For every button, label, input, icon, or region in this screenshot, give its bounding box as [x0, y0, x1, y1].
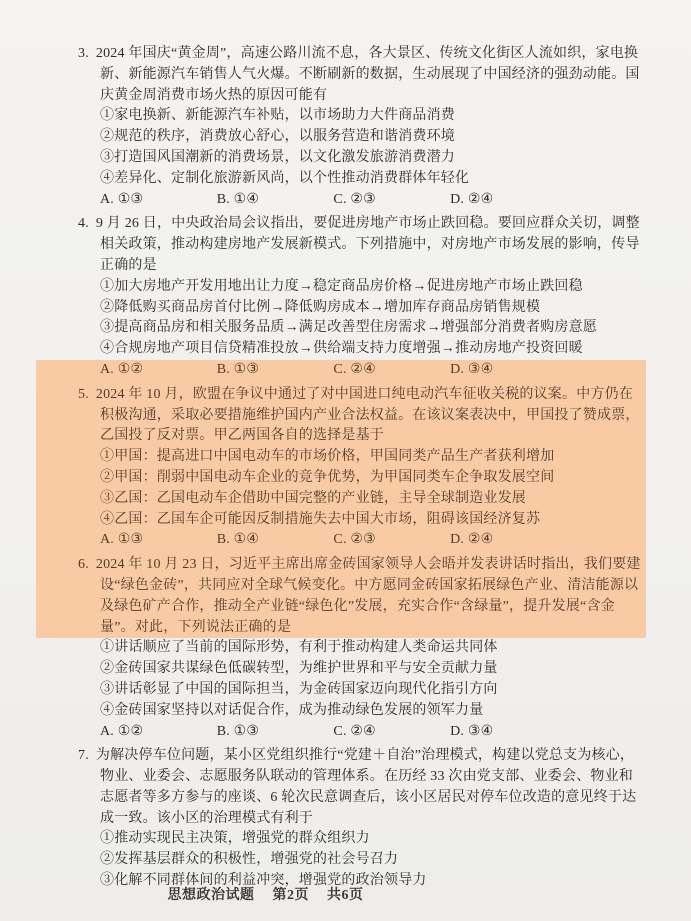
question-7: 7.为解决停车位问题，某小区党组织推行“党建＋自治”治理模式，构建以党总支为核心… [78, 746, 646, 892]
question-6-choice-d: D. ③④ [450, 722, 493, 743]
question-5-number: 5. [78, 387, 89, 402]
question-6-choice-b: B. ①③ [217, 722, 330, 743]
footer-page-number: 第2页 [273, 888, 310, 903]
question-6-choices: A. ①② B. ①③ C. ②④ D. ③④ [78, 722, 646, 743]
question-4-choice-a: A. ①② [100, 360, 213, 381]
question-6-choice-a: A. ①② [100, 722, 213, 743]
question-4-stem-row: 4.9 月 26 日，中央政治局会议指出，要促进房地产市场止跌回稳。要回应群众关… [78, 214, 646, 276]
question-4-option-2: ②降低购买商品房首付比例→降低购房成本→增加库存商品房销售规模 [78, 298, 646, 319]
question-5-stem: 2024 年 10 月，欧盟在争议中通过了对中国进口纯电动汽车征收关税的议案。中… [96, 387, 640, 444]
question-4-choices: A. ①② B. ①③ C. ②④ D. ③④ [36, 360, 646, 381]
question-3-choice-d: D. ②④ [450, 190, 493, 211]
question-5-choice-c: C. ②③ [333, 530, 446, 551]
question-7-option-1: ①推动实现民主决策，增强党的群众组织力 [78, 829, 646, 850]
question-7-stem: 为解决停车位问题，某小区党组织推行“党建＋自治”治理模式，构建以党总支为核心，物… [96, 748, 636, 825]
question-7-option-2: ②发挥基层群众的积极性，增强党的社会号召力 [78, 850, 646, 871]
question-6-stem-row: 6.2024 年 10 月 23 日，习近平主席出席金砖国家领导人会晤并发表讲话… [36, 551, 646, 638]
question-5: 5.2024 年 10 月，欧盟在争议中通过了对中国进口纯电动汽车征收关税的议案… [78, 381, 646, 551]
question-7-stem-row: 7.为解决停车位问题，某小区党组织推行“党建＋自治”治理模式，构建以党总支为核心… [78, 746, 646, 829]
question-3-option-4: ④差异化、定制化旅游新风尚，以个性推动消费群体年轻化 [78, 169, 646, 190]
question-4-number: 4. [78, 216, 89, 231]
question-3-option-2: ②规范的秩序，消费放心舒心，以服务营造和谐消费环境 [78, 127, 646, 148]
question-3: 3.2024 年国庆“黄金周”，高速公路川流不息，各大景区、传统文化街区人流如织… [78, 44, 646, 210]
question-6-option-1: ①讲话顺应了当前的国际形势，有利于推动构建人类命运共同体 [78, 638, 646, 659]
page-footer: 思想政治试题第2页共6页 [0, 884, 611, 904]
question-5-choices: A. ①③ B. ①④ C. ②③ D. ②④ [36, 530, 646, 551]
question-5-choice-d: D. ②④ [450, 530, 493, 551]
question-6-option-4: ④金砖国家坚持以对话促合作，成为推动绿色发展的领军力量 [78, 701, 646, 722]
question-4-option-3: ③提高商品房和相关服务品质→满足改善型住房需求→增强部分消费者购房意愿 [78, 318, 646, 339]
question-6-number: 6. [78, 557, 89, 572]
question-4-choice-b: B. ①③ [217, 360, 330, 381]
question-5-choice-b: B. ①④ [217, 530, 330, 551]
question-6-option-3: ③讲话彰显了中国的国际担当，为金砖国家迈向现代化指引方向 [78, 680, 646, 701]
question-3-stem: 2024 年国庆“黄金周”，高速公路川流不息，各大景区、传统文化街区人流如织，家… [96, 46, 640, 103]
question-3-option-3: ③打造国风国潮新的消费场景，以文化激发旅游消费潜力 [78, 148, 646, 169]
question-4-choice-d: D. ③④ [450, 360, 493, 381]
question-4-option-4: ④合规房地产项目信贷精准投放→供给端支持力度增强→推动房地产投资回暖 [78, 339, 646, 360]
question-3-choice-c: C. ②③ [333, 190, 446, 211]
question-5-option-3: ③乙国：乙国电动车企借助中国完整的产业链，主导全球制造业发展 [36, 489, 646, 510]
question-6-choice-c: C. ②④ [333, 722, 446, 743]
footer-exam-title: 思想政治试题 [168, 888, 255, 903]
question-5-option-1: ①甲国：提高进口中国电动车的市场价格，甲国同类产品生产者获利增加 [36, 447, 646, 468]
exam-page: 3.2024 年国庆“黄金周”，高速公路川流不息，各大景区、传统文化街区人流如织… [0, 0, 691, 921]
question-3-choices: A. ①③ B. ①④ C. ②③ D. ②④ [78, 190, 646, 211]
footer-page-total: 共6页 [327, 888, 364, 903]
question-6-option-2: ②金砖国家共谋绿色低碳转型，为维护世界和平与安全贡献力量 [78, 659, 646, 680]
question-3-choice-b: B. ①④ [217, 190, 330, 211]
question-3-stem-row: 3.2024 年国庆“黄金周”，高速公路川流不息，各大景区、传统文化街区人流如织… [78, 44, 646, 106]
question-5-stem-row: 5.2024 年 10 月，欧盟在争议中通过了对中国进口纯电动汽车征收关税的议案… [36, 381, 646, 447]
question-3-number: 3. [78, 46, 89, 61]
question-4-choice-c: C. ②④ [333, 360, 446, 381]
question-5-choice-a: A. ①③ [100, 530, 213, 551]
question-6-stem: 2024 年 10 月 23 日，习近平主席出席金砖国家领导人会晤并发表讲话时指… [96, 557, 641, 634]
question-7-number: 7. [78, 748, 89, 763]
question-5-option-4: ④乙国：乙国车企可能因反制措施失去中国大市场，阻碍该国经济复苏 [36, 510, 646, 531]
question-4: 4.9 月 26 日，中央政治局会议指出，要促进房地产市场止跌回稳。要回应群众关… [78, 214, 646, 380]
question-3-option-1: ①家电换新、新能源汽车补贴，以市场助力大件商品消费 [78, 106, 646, 127]
question-6: 6.2024 年 10 月 23 日，习近平主席出席金砖国家领导人会晤并发表讲话… [78, 551, 646, 742]
question-5-option-2: ②甲国：削弱中国电动车企业的竞争优势，为甲国同类车企争取发展空间 [36, 468, 646, 489]
question-4-stem: 9 月 26 日，中央政治局会议指出，要促进房地产市场止跌回稳。要回应群众关切，… [96, 216, 640, 273]
question-3-choice-a: A. ①③ [100, 190, 213, 211]
question-4-option-1: ①加大房地产开发用地出让力度→稳定商品房价格→促进房地产市场止跌回稳 [78, 277, 646, 298]
